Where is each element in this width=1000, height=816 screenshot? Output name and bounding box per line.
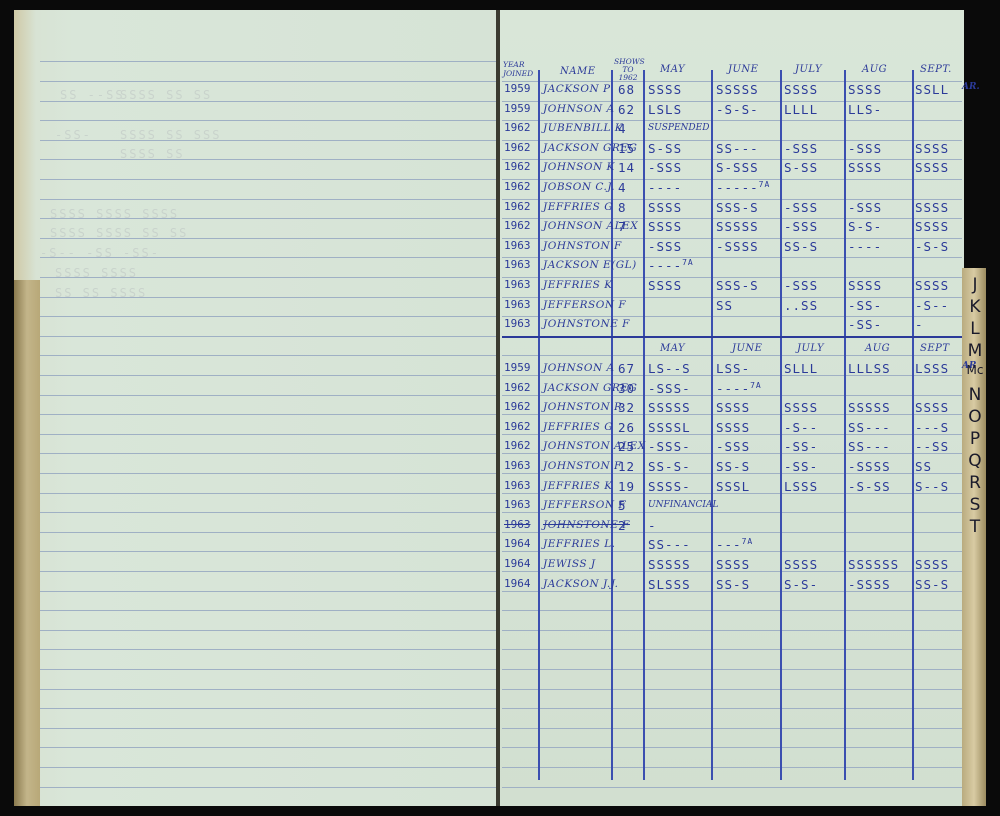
right-page-rule-line: [502, 669, 962, 670]
section-1-july-attendance: -SSS: [784, 219, 818, 234]
right-page-rule-line: [502, 630, 962, 631]
section-1-may-attendance: -SSS: [648, 239, 682, 254]
section-2-may-attendance: SS-S-: [648, 459, 691, 474]
index-tab-p: P: [964, 429, 986, 449]
section-2-aug-attendance: -SSSS: [848, 459, 891, 474]
section-1-sept-attendance: -S-S: [915, 239, 949, 254]
section-2-july-attendance: -SS-: [784, 459, 818, 474]
left-page-rule-line: [40, 336, 496, 337]
section-2-shows-count: 32: [618, 400, 635, 415]
section-2-may-attendance: -: [648, 518, 657, 533]
header-name: NAME: [560, 66, 596, 77]
section-2-june-attendance: SS-S: [716, 459, 750, 474]
section-1-may-attendance: SUSPENDED: [648, 123, 709, 133]
section-1-member-name: JOHNSTON F: [543, 240, 622, 252]
section-1-member-name: JOBSON C.J.: [543, 181, 615, 193]
index-tab-mc: Mc: [964, 363, 986, 377]
section-2-member-name: JEFFRIES K: [543, 480, 613, 492]
section-1-member-name: JACKSON E(GL): [543, 259, 637, 271]
index-tab-m: M: [964, 341, 986, 361]
section-1-year: 1963: [504, 298, 531, 311]
left-page-rule-line: [40, 532, 496, 533]
index-tab-s: S: [964, 495, 986, 515]
section-1-sept-attendance: -: [915, 317, 924, 332]
section-2-year: 1963: [504, 518, 531, 531]
section-2-may-attendance: -SSS-: [648, 439, 691, 454]
section-2-sept-attendance: SSSS: [915, 400, 949, 415]
section-1-may-attendance: ----7A: [648, 258, 694, 273]
left-page-rule-line: [40, 159, 496, 160]
section-2-june-attendance: ----7A: [716, 381, 762, 396]
section-1-note: AR.: [962, 82, 980, 92]
section-1-shows-count: 7: [618, 219, 627, 234]
header-month-aug: AUG: [862, 64, 887, 75]
section-1-june-attendance: SSSSS: [716, 219, 759, 234]
left-page-rule-line: [40, 395, 496, 396]
section-1-july-attendance: -SSS: [784, 278, 818, 293]
section-1-year: 1962: [504, 121, 531, 134]
section-2-year: 1962: [504, 381, 531, 394]
section-1-aug-attendance: -SSS: [848, 141, 882, 156]
section-1-year: 1959: [504, 102, 531, 115]
left-page-rule-line: [40, 434, 496, 435]
left-page-rule-line: [40, 473, 496, 474]
section-1-member-name: JOHNSON K: [543, 161, 615, 173]
left-page-rule-line: [40, 787, 496, 788]
section-2-sept-attendance: S--S: [915, 479, 949, 494]
left-page-rule-line: [40, 120, 496, 121]
section-1-year: 1963: [504, 239, 531, 252]
section-1-june-attendance: SSS-S: [716, 200, 759, 215]
section-1-june-attendance: SS---: [716, 141, 759, 156]
left-page-rule-line: [40, 630, 496, 631]
section-1-may-attendance: SSSS: [648, 200, 682, 215]
index-tab-l: L: [964, 319, 986, 339]
right-page-rule-line: [502, 689, 962, 690]
bleed-through-mark: SSSS SSSS SS SS: [50, 226, 188, 240]
right-page-rule-line: [502, 120, 962, 121]
section-1-aug-attendance: SSSS: [848, 160, 882, 175]
section-2-header-month: AUG: [865, 343, 890, 354]
section-1-june-attendance: SSS-S: [716, 278, 759, 293]
bleed-through-mark: -SS-: [55, 128, 92, 142]
section-1-sept-attendance: SSSS: [915, 278, 949, 293]
section-1-sept-attendance: SSSS: [915, 219, 949, 234]
index-tab-k: K: [964, 297, 986, 317]
bleed-through-mark: SSSS SSSS SSSS: [50, 207, 179, 221]
section-2-june-attendance: SSSS: [716, 420, 750, 435]
index-tab-o: O: [964, 407, 986, 427]
bleed-through-mark: SSSS SS: [120, 147, 185, 161]
section-1-may-attendance: SSSS: [648, 219, 682, 234]
section-1-shows-count: 14: [618, 160, 635, 175]
left-page-rule-line: [40, 453, 496, 454]
section-2-may-attendance: UNFINANCIAL: [648, 500, 718, 510]
section-2-aug-attendance: SS---: [848, 420, 891, 435]
section-1-year: 1962: [504, 141, 531, 154]
section-2-year: 1964: [504, 557, 531, 570]
section-1-july-attendance: SSSS: [784, 82, 818, 97]
section-2-member-name: JOHNSTON R: [543, 401, 622, 413]
section-1-member-name: JEFFERSON F: [543, 299, 626, 311]
section-1-june-attendance: SSSSS: [716, 82, 759, 97]
section-2-july-attendance: SLLL: [784, 361, 818, 376]
section-2-aug-attendance: -SSSS: [848, 577, 891, 592]
bleed-through-mark: SSSS SS SS: [120, 88, 212, 102]
section-1-year: 1962: [504, 160, 531, 173]
right-page-rule-line: [502, 767, 962, 768]
section-1-aug-attendance: S-S-: [848, 219, 882, 234]
left-page-rule-line: [40, 316, 496, 317]
section-2-shows-count: 25: [618, 439, 635, 454]
section-2-may-attendance: SSSSS: [648, 557, 691, 572]
section-1-sept-attendance: SSSS: [915, 200, 949, 215]
section-2-aug-attendance: -S-SS: [848, 479, 891, 494]
header-month-july: JULY: [795, 64, 822, 75]
header-year-joined: YEAR JOINED: [503, 60, 535, 78]
right-page-rule-line: [502, 747, 962, 748]
section-2-may-attendance: SS---: [648, 537, 691, 552]
right-page-rule-line: [502, 316, 962, 317]
section-2-member-name: JOHNSTONE F: [543, 519, 630, 531]
section-2-aug-attendance: LLLSS: [848, 361, 891, 376]
section-2-shows-count: 5: [618, 498, 627, 513]
section-1-member-name: JOHNSTONE F: [543, 318, 630, 330]
section-1-july-attendance: -SSS: [784, 141, 818, 156]
section-1-member-name: JOHNSON A: [543, 103, 615, 115]
left-page-rule-line: [40, 689, 496, 690]
right-page-rule-line: [502, 355, 962, 356]
section-2-sept-attendance: ---S: [915, 420, 949, 435]
section-2-header-month: JUNE: [732, 343, 763, 354]
section-2-july-attendance: SSSS: [784, 400, 818, 415]
section-2-aug-attendance: SSSSS: [848, 400, 891, 415]
section-1-aug-attendance: ----: [848, 239, 882, 254]
section-1-sept-attendance: SSSS: [915, 141, 949, 156]
section-1-july-attendance: SS-S: [784, 239, 818, 254]
section-2-july-attendance: -SS-: [784, 439, 818, 454]
bleed-through-mark: SS --SS: [60, 88, 125, 102]
section-2-aug-attendance: SSSSSS: [848, 557, 899, 572]
index-tab-t: T: [964, 517, 986, 537]
section-1-may-attendance: ----: [648, 180, 682, 195]
left-page-rule-line: [40, 669, 496, 670]
section-1-member-name: JEFFRIES K: [543, 279, 613, 291]
section-2-member-name: JEFFERSON F: [543, 499, 626, 511]
section-1-july-attendance: S-SS: [784, 160, 818, 175]
section-2-shows-count: 67: [618, 361, 635, 376]
left-page-rule-line: [40, 708, 496, 709]
section-2-june-attendance: -SSS: [716, 439, 750, 454]
section-2-year: 1959: [504, 361, 531, 374]
section-2-sept-attendance: SS-S: [915, 577, 949, 592]
index-tab-n: N: [964, 385, 986, 405]
section-1-year: 1963: [504, 258, 531, 271]
section-1-shows-count: 4: [618, 121, 627, 136]
section-2-may-attendance: SSSSL: [648, 420, 691, 435]
section-1-year: 1963: [504, 278, 531, 291]
section-1-year: 1959: [504, 82, 531, 95]
right-page-rule-line: [502, 532, 962, 533]
section-1-member-name: JACKSON P: [543, 83, 611, 95]
left-page-rule-line: [40, 610, 496, 611]
section-2-june-attendance: ---7A: [716, 537, 753, 552]
section-2-sept-attendance: --SS: [915, 439, 949, 454]
right-page-rule-line: [502, 610, 962, 611]
section-1-aug-attendance: LLS-: [848, 102, 882, 117]
section-1-aug-attendance: -SS-: [848, 298, 882, 313]
section-2-member-name: JEFFRIES L.: [543, 538, 616, 550]
section-1-aug-attendance: -SSS: [848, 200, 882, 215]
section-2-sept-attendance: SSSS: [915, 557, 949, 572]
left-page-rule-line: [40, 199, 496, 200]
section-1-aug-attendance: SSSS: [848, 82, 882, 97]
column-line: [780, 70, 782, 780]
section-1-may-attendance: -SSS: [648, 160, 682, 175]
column-line: [538, 70, 540, 780]
section-2-july-attendance: LSSS: [784, 479, 818, 494]
section-2-july-attendance: S-S-: [784, 577, 818, 592]
section-2-year: 1962: [504, 439, 531, 452]
left-page-rule-line: [40, 512, 496, 513]
section-2-year: 1964: [504, 537, 531, 550]
left-page-rule-line: [40, 140, 496, 141]
section-2-year: 1962: [504, 400, 531, 413]
section-1-shows-count: 15: [618, 141, 635, 156]
section-2-may-attendance: SLSSS: [648, 577, 691, 592]
section-1-member-name: JUBENBILL K: [543, 122, 623, 134]
section-2-header-month: MAY: [660, 343, 685, 354]
section-2-sept-attendance: LSSS: [915, 361, 949, 376]
left-page-rule-line: [40, 551, 496, 552]
section-2-may-attendance: SSSSS: [648, 400, 691, 415]
left-page-rule-line: [40, 649, 496, 650]
left-page-rule-line: [40, 414, 496, 415]
section-2-year: 1962: [504, 420, 531, 433]
left-page-rule-line: [40, 375, 496, 376]
section-1-june-attendance: S-SSS: [716, 160, 759, 175]
section-2-may-attendance: -SSS-: [648, 381, 691, 396]
header-month-sept: SEPT.: [920, 64, 952, 75]
section-1-shows-count: 4: [618, 180, 627, 195]
left-page-rule-line: [40, 355, 496, 356]
bleed-through-mark: SS SS SSSS: [55, 286, 147, 300]
section-2-july-attendance: -S--: [784, 420, 818, 435]
section-1-sept-attendance: SSLL: [915, 82, 949, 97]
column-line: [643, 70, 645, 780]
section-2-june-attendance: SSSS: [716, 400, 750, 415]
section-1-year: 1962: [504, 200, 531, 213]
section-1-may-attendance: SSSS: [648, 278, 682, 293]
header-month-may: MAY: [660, 64, 685, 75]
section-1-shows-count: 8: [618, 200, 627, 215]
section-2-shows-count: 26: [618, 420, 635, 435]
right-page-rule-line: [502, 257, 962, 258]
section-1-june-attendance: -SSSS: [716, 239, 759, 254]
section-2-june-attendance: SS-S: [716, 577, 750, 592]
section-2-shows-count: 30: [618, 381, 635, 396]
left-page-rule-line: [40, 767, 496, 768]
right-page-rule-line: [502, 649, 962, 650]
section-1-june-attendance: -----7A: [716, 180, 770, 195]
section-1-may-attendance: SSSS: [648, 82, 682, 97]
section-2-shows-count: 19: [618, 479, 635, 494]
section-2-july-attendance: SSSS: [784, 557, 818, 572]
section-2-year: 1963: [504, 459, 531, 472]
section-1-june-attendance: SS: [716, 298, 733, 313]
right-page-rule-line: [502, 708, 962, 709]
section-2-shows-count: 2: [618, 518, 627, 533]
section-1-shows-count: 62: [618, 102, 635, 117]
section-2-sept-attendance: SS: [915, 459, 932, 474]
bleed-through-mark: -S-- -SS -SS-: [40, 246, 160, 260]
section-2-header-month: JULY: [797, 343, 824, 354]
section-2-member-name: JEFFRIES G: [543, 421, 613, 433]
section-2-june-attendance: LSS-: [716, 361, 750, 376]
section-2-member-name: JEWISS J: [543, 558, 596, 570]
section-1-member-name: JEFFRIES G: [543, 201, 613, 213]
section-1-july-attendance: LLLL: [784, 102, 818, 117]
left-page-rule-line: [40, 81, 496, 82]
index-tab-r: R: [964, 473, 986, 493]
header-month-june: JUNE: [728, 64, 759, 75]
index-tab-q: Q: [964, 451, 986, 471]
section-1-may-attendance: S-SS: [648, 141, 682, 156]
left-page-rule-line: [40, 179, 496, 180]
section-1-aug-attendance: -SS-: [848, 317, 882, 332]
section-1-shows-count: 68: [618, 82, 635, 97]
section-1-sept-attendance: SSSS: [915, 160, 949, 175]
section-1-aug-attendance: SSSS: [848, 278, 882, 293]
bleed-through-mark: SSSS SSSS: [55, 266, 138, 280]
left-page-rule-line: [40, 61, 496, 62]
section-1-year: 1962: [504, 180, 531, 193]
section-2-may-attendance: LS--S: [648, 361, 691, 376]
section-2-member-name: JACKSON J.J.: [543, 578, 618, 590]
section-1-june-attendance: -S-S-: [716, 102, 759, 117]
left-page-worn-edge: [14, 280, 40, 806]
left-page-rule-line: [40, 747, 496, 748]
right-page-rule-line: [502, 512, 962, 513]
section-1-july-attendance: ..SS: [784, 298, 818, 313]
column-line: [844, 70, 846, 780]
header-shows: SHOWS TO 1962: [614, 58, 642, 82]
left-page-rule-line: [40, 728, 496, 729]
section-2-shows-count: 12: [618, 459, 635, 474]
section-2-year: 1964: [504, 577, 531, 590]
section-1-may-attendance: LSLS: [648, 102, 682, 117]
section-1-july-attendance: -SSS: [784, 200, 818, 215]
section-2-member-name: JOHNSTON F: [543, 460, 622, 472]
section-2-year: 1963: [504, 479, 531, 492]
index-tab-j: J: [964, 275, 986, 295]
section-1-sept-attendance: -S--: [915, 298, 949, 313]
section-1-year: 1963: [504, 317, 531, 330]
section-2-aug-attendance: SS---: [848, 439, 891, 454]
section-2-member-name: JOHNSON A: [543, 362, 615, 374]
section-2-june-attendance: SSSL: [716, 479, 750, 494]
left-page-rule-line: [40, 591, 496, 592]
section-2-year: 1963: [504, 498, 531, 511]
column-line: [711, 70, 713, 780]
section-2-header-month: SEPT: [920, 343, 950, 354]
column-line: [912, 70, 914, 780]
right-page-rule-line: [502, 728, 962, 729]
section-2-may-attendance: SSSS-: [648, 479, 691, 494]
right-page-rule-line: [502, 787, 962, 788]
section-divider: [502, 336, 962, 338]
bleed-through-mark: SSSS SS SSS: [120, 128, 221, 142]
section-2-june-attendance: SSSS: [716, 557, 750, 572]
left-page-rule-line: [40, 493, 496, 494]
left-page-rule-line: [40, 571, 496, 572]
section-1-year: 1962: [504, 219, 531, 232]
